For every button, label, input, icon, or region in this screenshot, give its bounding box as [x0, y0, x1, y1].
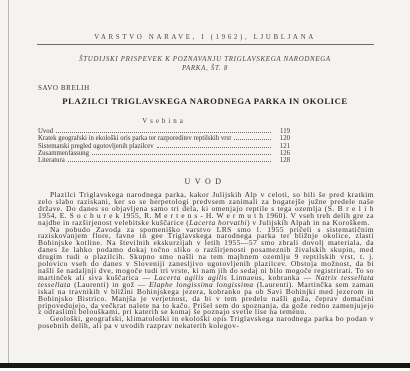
- toc-label: Uvod: [38, 128, 53, 135]
- series-note-line-2: PARKA, ŠT. 8: [40, 64, 370, 73]
- toc-dot-leader: [56, 132, 271, 133]
- toc-label: Sistematski pregled ugotovljenih plazilc…: [38, 143, 154, 150]
- section-heading-uvod: UVOD: [0, 177, 410, 186]
- toc-label: Zusammenfassung: [38, 150, 89, 157]
- toc-page-number: 119: [274, 128, 290, 135]
- contents-section: Vsebina Uvod 119 Kratek geografski in ek…: [38, 118, 290, 164]
- toc-dot-leader: [234, 139, 271, 140]
- toc-dot-leader: [157, 147, 271, 148]
- toc-page-number: 121: [274, 143, 290, 150]
- journal-masthead: VARSTVO NARAVE, I (1962), LJUBLJANA: [0, 33, 410, 41]
- author-name: SAVO BRELIH: [38, 84, 90, 92]
- toc-row: Sistematski pregled ugotovljenih plazilc…: [38, 143, 290, 150]
- series-note: ŠTUDIJSKI PRISPEVEK K POZNAVANJU TRIGLAV…: [40, 55, 370, 73]
- paragraph: Geološki, geografski, klimatološki in ek…: [38, 316, 374, 330]
- series-note-line-1: ŠTUDIJSKI PRISPEVEK K POZNAVANJU TRIGLAV…: [40, 55, 370, 64]
- toc-row: Literatura 128: [38, 157, 290, 164]
- toc-dot-leader: [68, 161, 271, 162]
- masthead-rule: [37, 44, 374, 45]
- toc-row: Zusammenfassung 126: [38, 150, 290, 157]
- toc-list: Uvod 119 Kratek geografski in ekološki o…: [38, 128, 290, 164]
- toc-dot-leader: [92, 154, 271, 155]
- body-paragraphs: Plazilci Triglavskega narodnega parka, k…: [38, 192, 374, 330]
- toc-label: Kratek geografski in ekološki oris parka…: [38, 135, 231, 142]
- toc-page-number: 126: [274, 150, 290, 157]
- toc-row: Kratek geografski in ekološki oris parka…: [38, 135, 290, 142]
- scanned-paper-page: VARSTVO NARAVE, I (1962), LJUBLJANA ŠTUD…: [0, 0, 410, 371]
- contents-heading: Vsebina: [38, 118, 290, 125]
- toc-page-number: 120: [274, 135, 290, 142]
- toc-label: Literatura: [38, 157, 65, 164]
- paragraph: Na pobudo Zavoda za spomeniško varstvo L…: [38, 227, 374, 317]
- toc-row: Uvod 119: [38, 128, 290, 135]
- paragraph: Plazilci Triglavskega narodnega parka, k…: [38, 192, 374, 227]
- toc-page-number: 128: [274, 157, 290, 164]
- paragraph-text: Geološki, geografski, klimatološki in ek…: [38, 314, 374, 330]
- article-title: PLAZILCI TRIGLAVSKEGA NARODNEGA PARKA IN…: [30, 96, 380, 106]
